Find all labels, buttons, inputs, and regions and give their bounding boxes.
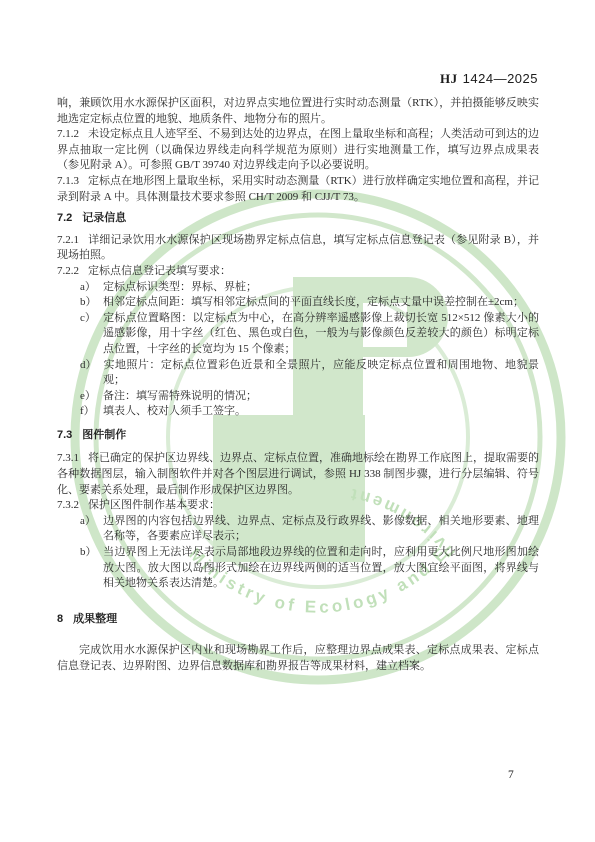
document-page: Ministry of Ecology and Environment HJ14… (0, 0, 595, 842)
section-title: 记录信息 (82, 212, 126, 224)
list-item-text: 当边界图上无法详尽表示局部地段边界线的位置和走向时，应利用更大比例尺地形图加绘放… (103, 546, 539, 589)
section-title: 图件制作 (82, 429, 126, 441)
clause-number: 7.3.1 (57, 452, 79, 464)
clause-text: 详细记录饮用水水源保护区现场勘界定标点信息，填写定标点信息登记表（参见附录 B）… (57, 234, 539, 262)
standard-number: 1424—2025 (463, 71, 538, 86)
list-item-text: 相邻定标点间距：填写相邻定标点间的平面直线长度，定标点丈量中误差控制在±2cm； (103, 296, 524, 308)
section-number: 8 (57, 613, 63, 625)
document-body: 响，兼顾饮用水水源保护区面积，对边界点实地位置进行实时动态测量（RTK），并拍摄… (57, 96, 539, 675)
section-number: 7.2 (57, 212, 72, 224)
section-title: 成果整理 (73, 613, 117, 625)
closing-paragraph: 完成饮用水水源保护区内业和现场勘界工作后，应整理边界点成果表、定标点成果表、定标… (57, 643, 539, 674)
list-item-d: d）实地照片：定标点位置彩色近景和全景照片，应能反映定标点位置和周围地物、地貌景… (57, 358, 539, 389)
clause-7-3-1: 7.3.1将已确定的保护区边界线、边界点、定标点位置，准确地标绘在勘界工作底图上… (57, 451, 539, 498)
standard-number-header: HJ1424—2025 (440, 71, 538, 87)
clause-7-2-2: 7.2.2定标点信息登记表填写要求： (57, 264, 539, 280)
clause-7-1-2: 7.1.2未设定标点且人迹罕至、不易到达处的边界点，在图上量取坐标和高程；人类活… (57, 127, 539, 174)
clause-number: 7.2.2 (57, 265, 79, 277)
standard-prefix: HJ (440, 71, 458, 86)
section-heading-8: 8成果整理 (57, 612, 539, 628)
section-heading-7-3: 7.3图件制作 (57, 428, 539, 444)
list-item-c: c）定标点位置略图：以定标点为中心，在高分辨率遥感影像上裁切长宽 512×512… (57, 311, 539, 358)
section-heading-7-2: 7.2记录信息 (57, 211, 539, 227)
list-item-b: b）相邻定标点间距：填写相邻定标点间的平面直线长度，定标点丈量中误差控制在±2c… (57, 295, 539, 311)
clause-text: 未设定标点且人迹罕至、不易到达处的边界点，在图上量取坐标和高程；人类活动可到达的… (57, 128, 539, 171)
list-item-label: e） (80, 389, 103, 405)
list-item-label: d） (80, 358, 103, 374)
list-item-a: a）定标点标识类型：界标、界桩； (57, 280, 539, 296)
clause-7-2-1: 7.2.1详细记录饮用水水源保护区现场勘界定标点信息，填写定标点信息登记表（参见… (57, 233, 539, 264)
clause-text: 定标点在地形图上量取坐标，采用实时动态测量（RTK）进行放样确定实地位置和高程，… (57, 175, 539, 203)
list-item-label: b） (80, 545, 103, 561)
list-item-text: 备注：填写需特殊说明的情况； (103, 390, 257, 402)
list-item-f: f）填表人、校对人须手工签字。 (57, 404, 539, 420)
list-item-text: 定标点标识类型：界标、界桩； (103, 281, 257, 293)
clause-text: 定标点信息登记表填写要求： (88, 265, 231, 277)
list-item-text: 边界图的内容包括边界线、边界点、定标点及行政界线、影像数据、相关地形要素、地理名… (103, 515, 539, 543)
list-item-label: b） (80, 295, 103, 311)
clause-text: 保护区图件制作基本要求： (88, 499, 220, 511)
list-item-text: 填表人、校对人须手工签字。 (103, 405, 246, 417)
list-item-text: 实地照片：定标点位置彩色近景和全景照片，应能反映定标点位置和周围地物、地貌景观； (103, 359, 539, 387)
list-item-label: f） (80, 404, 103, 420)
clause-text: 将已确定的保护区边界线、边界点、定标点位置，准确地标绘在勘界工作底图上，提取需要… (57, 452, 539, 495)
clause-7-1-3: 7.1.3定标点在地形图上量取坐标，采用实时动态测量（RTK）进行放样确定实地位… (57, 174, 539, 205)
page-number: 7 (508, 769, 514, 781)
list-item-label: a） (80, 514, 103, 530)
clause-7-3-2: 7.3.2保护区图件制作基本要求： (57, 498, 539, 514)
paragraph-continuation: 响，兼顾饮用水水源保护区面积，对边界点实地位置进行实时动态测量（RTK），并拍摄… (57, 96, 539, 127)
clause-number: 7.1.2 (57, 128, 79, 140)
list-item-e: e）备注：填写需特殊说明的情况； (57, 389, 539, 405)
list-item-label: c） (80, 311, 103, 327)
section-number: 7.3 (57, 429, 72, 441)
list-item-text: 定标点位置略图：以定标点为中心，在高分辨率遥感影像上裁切长宽 512×512 像… (103, 312, 539, 355)
clause-number: 7.2.1 (57, 234, 79, 246)
list-item-b: b）当边界图上无法详尽表示局部地段边界线的位置和走向时，应利用更大比例尺地形图加… (57, 545, 539, 592)
list-item-a: a）边界图的内容包括边界线、边界点、定标点及行政界线、影像数据、相关地形要素、地… (57, 514, 539, 545)
clause-number: 7.1.3 (57, 175, 79, 187)
clause-number: 7.3.2 (57, 499, 79, 511)
list-item-label: a） (80, 280, 103, 296)
